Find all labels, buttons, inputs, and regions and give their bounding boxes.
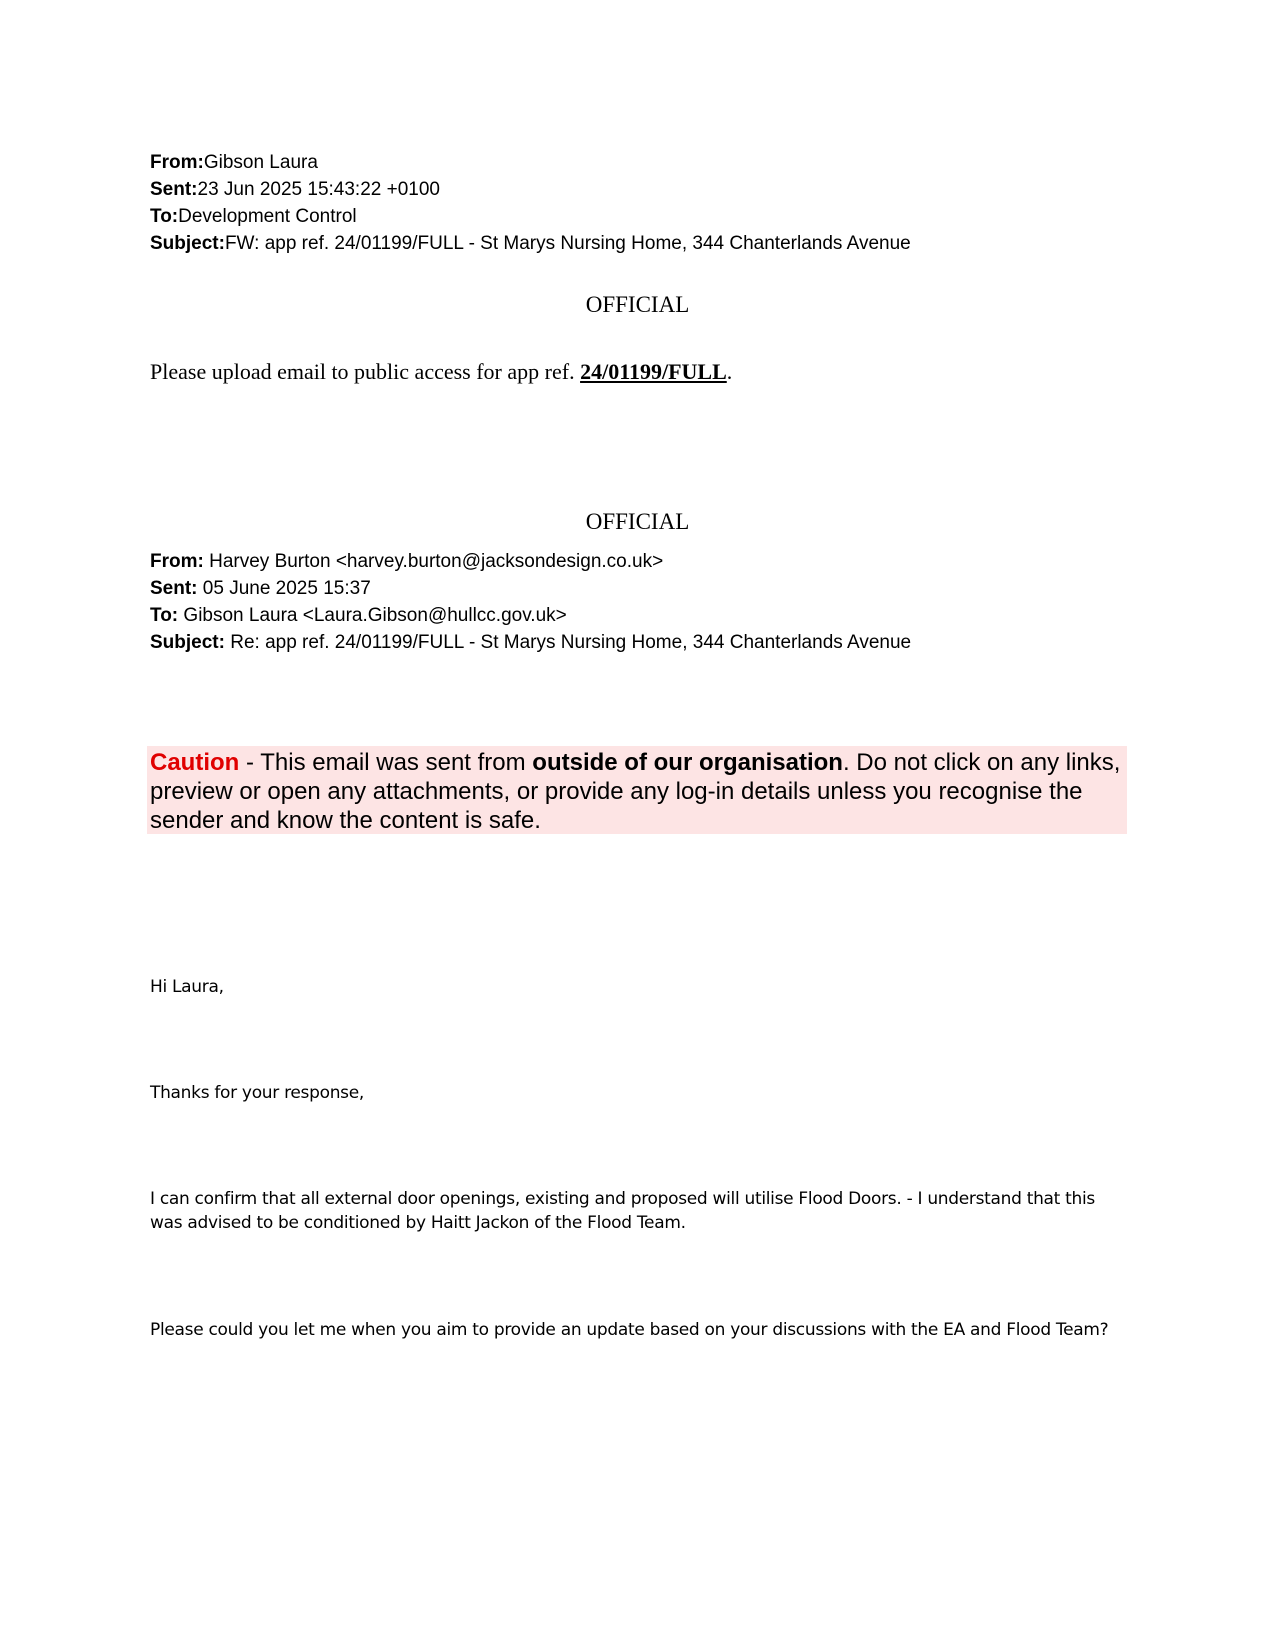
thanks-line: Thanks for your response, [150, 1081, 1110, 1105]
caution-banner: Caution - This email was sent from outsi… [147, 746, 1127, 834]
to-line: To: Gibson Laura <Laura.Gibson@hullcc.go… [150, 602, 911, 629]
sent-line: Sent: 05 June 2025 15:37 [150, 575, 911, 602]
caution-label: Caution [150, 749, 239, 776]
subject-line: Subject: Re: app ref. 24/01199/FULL - St… [150, 629, 911, 656]
body-paragraph: Please could you let me when you aim to … [150, 1318, 1110, 1342]
from-line: From: Harvey Burton <harvey.burton@jacks… [150, 548, 911, 575]
from-line: From:Gibson Laura [150, 149, 911, 176]
classification-label: OFFICIAL [0, 509, 1275, 535]
classification-label: OFFICIAL [0, 292, 1275, 318]
subject-line: Subject:FW: app ref. 24/01199/FULL - St … [150, 230, 911, 257]
body-paragraph: I can confirm that all external door ope… [150, 1187, 1110, 1235]
sent-line: Sent:23 Jun 2025 15:43:22 +0100 [150, 176, 911, 203]
forward-header: From:Gibson Laura Sent:23 Jun 2025 15:43… [150, 149, 911, 257]
original-header: From: Harvey Burton <harvey.burton@jacks… [150, 548, 911, 656]
app-ref-link[interactable]: 24/01199/FULL [580, 359, 727, 384]
greeting: Hi Laura, [150, 975, 1110, 999]
upload-note: Please upload email to public access for… [150, 359, 732, 385]
to-line: To:Development Control [150, 203, 911, 230]
